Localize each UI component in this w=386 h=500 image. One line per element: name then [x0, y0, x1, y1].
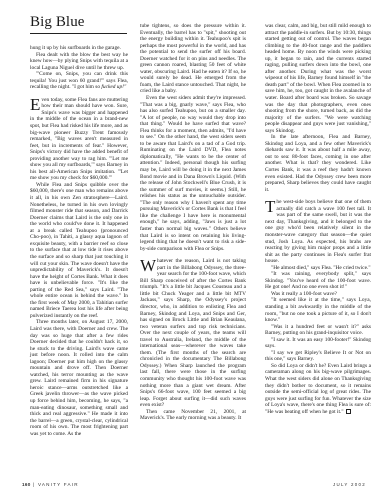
article-paragraph: While Flea and Snips quibble over the $6… — [30, 182, 128, 319]
article-paragraph: Whatever the reason, Laird is not taking… — [140, 258, 246, 409]
issue-date: JULY 2002 — [333, 482, 366, 487]
article-paragraph: "I saw it. It was an easy 100-footer!" S… — [265, 337, 371, 350]
folio-separator: | — [33, 482, 35, 487]
article-column-3: was clear, calm, and big, but still mild… — [265, 23, 371, 415]
article-paragraph: So did Loya or didn't he? Even Laird bri… — [265, 363, 371, 415]
drop-cap: T — [265, 200, 275, 213]
article-paragraph: "I say we get Ripley's Believe It or Not… — [265, 350, 371, 363]
page-number: 160 — [22, 482, 31, 487]
drop-cap: W — [140, 259, 156, 272]
article-column-1: hung it up by his surfboards in the gara… — [30, 45, 128, 437]
article-column-2: tube tightens, so does the pressure with… — [140, 23, 246, 422]
article-paragraph: was clear, calm, and big, but still mild… — [265, 23, 371, 134]
article-paragraph: "It was raining, everybody split," says … — [265, 271, 371, 291]
header-rule — [30, 33, 127, 34]
page-header: Big Blue — [30, 14, 130, 34]
article-paragraph: Then came November 21, 2001, at Maverick… — [140, 409, 246, 422]
article-paragraph: tube tightens, so does the pressure with… — [140, 23, 246, 95]
publication-name: VANITY FAIR — [38, 482, 79, 487]
page-title: Big Blue — [30, 14, 130, 33]
page-folio: 160 | VANITY FAIR — [22, 482, 79, 487]
article-paragraph: "'Come on, Snips, you can drink this teq… — [30, 71, 128, 91]
article-paragraph: Even today, some Flea fans are muttering… — [30, 97, 128, 182]
article-paragraph: Three months later, on August 17, 2000, … — [30, 319, 128, 437]
end-mark-icon — [346, 409, 352, 415]
article-paragraph: "It seemed like it at the time," says Lo… — [265, 297, 371, 323]
article-paragraph: "Was it a hundred feet or wasn't it?" as… — [265, 324, 371, 337]
article-paragraph: The west-side boys believe that one of t… — [265, 199, 371, 264]
article-paragraph: In the late afternoon, Flea and Barney, … — [265, 134, 371, 193]
article-paragraph: Flea dealt with the blow the best way he… — [30, 52, 128, 72]
drop-cap: E — [30, 98, 40, 111]
article-paragraph: Even the west siders admit they're impre… — [140, 95, 246, 252]
article-paragraph: hung it up by his surfboards in the gara… — [30, 45, 128, 52]
